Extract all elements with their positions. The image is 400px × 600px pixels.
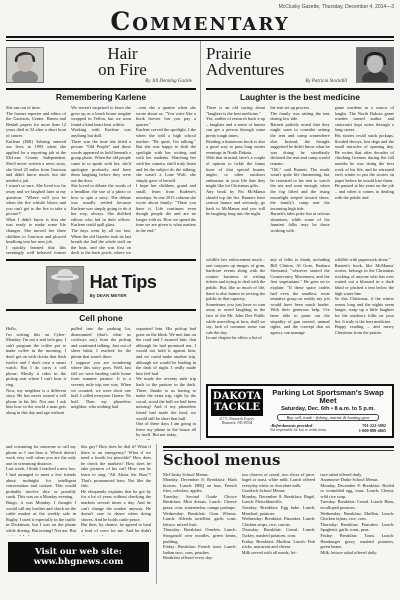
prairie-adventures-header: Prairie Adventures By Patricia Stockdill (206, 44, 394, 86)
article-column: She ran out of time. The former reporter… (6, 105, 66, 257)
ad-refreshments-block: -Refreshments provided- Not responsible … (270, 423, 326, 432)
menu-column: two choices of cereal, two slices of jui… (242, 472, 316, 584)
prairie-adventures-continuation: wildlife law enforcement much – one conj… (200, 257, 394, 440)
hair-on-fire-headline: Remembering Karlene (6, 92, 196, 102)
menu-column: tuce salad offered daily. Anamoose-Drake… (320, 472, 394, 584)
hat-tips-title-block: Hat Tips By DEAN MEYER (90, 273, 157, 298)
prairie-adventures-headline: Laughter is the best medicine (206, 92, 394, 102)
divider (163, 446, 394, 448)
article-column: the tent set up process. The family was … (270, 105, 329, 257)
ad-address: 417 E. Bismarck Expwy. Bismarck, ND 5850… (211, 417, 263, 426)
cell-phone-continuation: and screaming for someone to call my pho… (6, 444, 156, 584)
website-banner: Visit our web site: www.bhgnews.com (8, 542, 149, 572)
newspaper-page: McClusky Gazette, Thursday, December 4, … (0, 0, 400, 596)
ad-headline: Parking Lot Sportsman's Swap Meet (267, 389, 389, 405)
divider (6, 309, 196, 311)
hat-tips-title: Hat Tips (90, 273, 157, 291)
hat-tips-header: Hat Tips By DEAN MEYER (6, 263, 196, 307)
columnist-photo-patricia (356, 47, 394, 83)
dakota-tackle-ad: DAKOTA TACKLE 417 E. Bismarck Expwy. Bis… (206, 384, 394, 438)
article-column: this guy? How does he dial it? What if t… (81, 444, 151, 536)
article-column: We weren't surprised to learn she grew u… (71, 105, 131, 257)
article-column: and screaming for someone to call my pho… (6, 444, 76, 536)
section-title: Commentary (6, 9, 394, 34)
prairie-adventures-byline: By Patricia Stockdill (206, 79, 351, 84)
cell-phone-headline: Cell phone (6, 313, 196, 323)
divider (6, 88, 196, 90)
hair-on-fire-header: Hair on Fire By Jill Denning Gackle (6, 44, 196, 86)
article-column: any of folks to thank, including Bill Cl… (270, 257, 329, 381)
column-title: Hair on Fire (49, 46, 196, 78)
cell-phone-body: Hello, I'm writing this on Cyber-Monday.… (6, 326, 196, 440)
hat-tips-byline: By DEAN MEYER (90, 293, 157, 298)
school-menus-section: School menus McClusky School Menus Monda… (156, 444, 394, 584)
article-column: ...sent she a quarter when she wrote abo… (136, 105, 196, 257)
hair-on-fire-body: She ran out of time. The former reporter… (6, 105, 196, 257)
ad-phone-numbers: 701-222-3092 1-800-880-4665 (359, 423, 386, 434)
article-column: pulled into the parking lot, dismounted … (71, 326, 131, 440)
article-column: There is an old saying about "laughter i… (206, 105, 265, 257)
prairie-adventures-title-block: Prairie Adventures By Patricia Stockdill (206, 46, 351, 84)
ad-content: Parking Lot Sportsman's Swap Meet Saturd… (267, 389, 389, 433)
article-column: Hello, I'm writing this on Cyber-Monday.… (6, 326, 66, 440)
columnist-photo-jill (6, 47, 44, 83)
ad-disclaimer: Not responsible for lost or stolen items (270, 428, 326, 432)
menu-column: McClusky School Menus Monday, December 8… (163, 472, 237, 584)
prairie-adventures-article: Prairie Adventures By Patricia Stockdill… (200, 41, 394, 257)
article-column: separated him. His pickup had gone on th… (136, 326, 196, 440)
divider (206, 88, 394, 90)
cell-phone-cont-body: and screaming for someone to call my pho… (6, 444, 151, 536)
divider (6, 259, 196, 261)
dakota-tackle-logo: DAKOTA TACKLE (211, 389, 263, 416)
ad-datetime: Saturday, Dec. 6th • 8 a.m. to 5 p.m. (267, 406, 389, 412)
school-menus-body: McClusky School Menus Monday, December 8… (163, 472, 394, 584)
bottom-row: and screaming for someone to call my pho… (6, 444, 394, 584)
prairie-adventures-cont-body: wildlife law enforcement much – one conj… (206, 257, 394, 381)
article-column: wildlife law enforcement much – one conj… (206, 257, 265, 381)
ad-bottom-row: -Refreshments provided- Not responsible … (267, 423, 389, 434)
article-column: wildlife with paperwork alone." Barnett'… (335, 257, 394, 381)
column-title: Prairie Adventures (206, 46, 351, 78)
school-menus-title: School menus (163, 452, 394, 469)
hair-on-fire-byline: By Jill Denning Gackle (49, 79, 196, 84)
hair-on-fire-title-block: Hair on Fire By Jill Denning Gackle (49, 46, 196, 84)
ad-logo-block: DAKOTA TACKLE 417 E. Bismarck Expwy. Bis… (211, 389, 263, 433)
prairie-adventures-body: There is an old saying about "laughter i… (206, 105, 394, 257)
hat-tips-section: Hat Tips By DEAN MEYER Cell phone Hello,… (6, 257, 200, 440)
ad-items-line: Buy, sell, trade - fishing, marine & hun… (277, 414, 379, 421)
article-column: game wardens as a source of laughs. The … (335, 105, 394, 257)
middle-row: Hat Tips By DEAN MEYER Cell phone Hello,… (6, 257, 394, 440)
top-articles-row: Hair on Fire By Jill Denning Gackle Reme… (6, 41, 394, 257)
hair-on-fire-article: Hair on Fire By Jill Denning Gackle Reme… (6, 41, 200, 257)
columnist-photo-dean (46, 266, 84, 304)
